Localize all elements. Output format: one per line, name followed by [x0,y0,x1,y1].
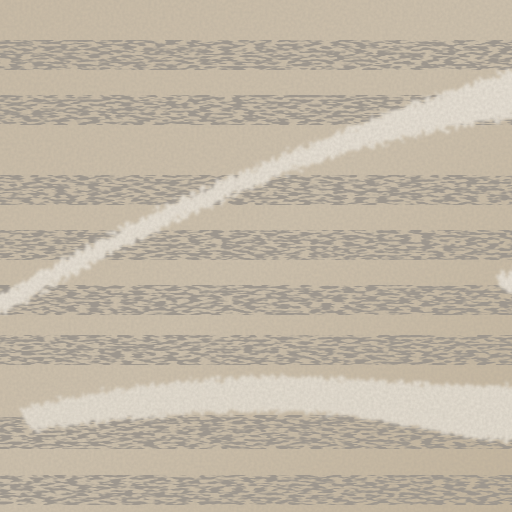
rug-texture-image [0,0,512,512]
rug-texture-svg [0,0,512,512]
fiber-grain [0,0,512,512]
